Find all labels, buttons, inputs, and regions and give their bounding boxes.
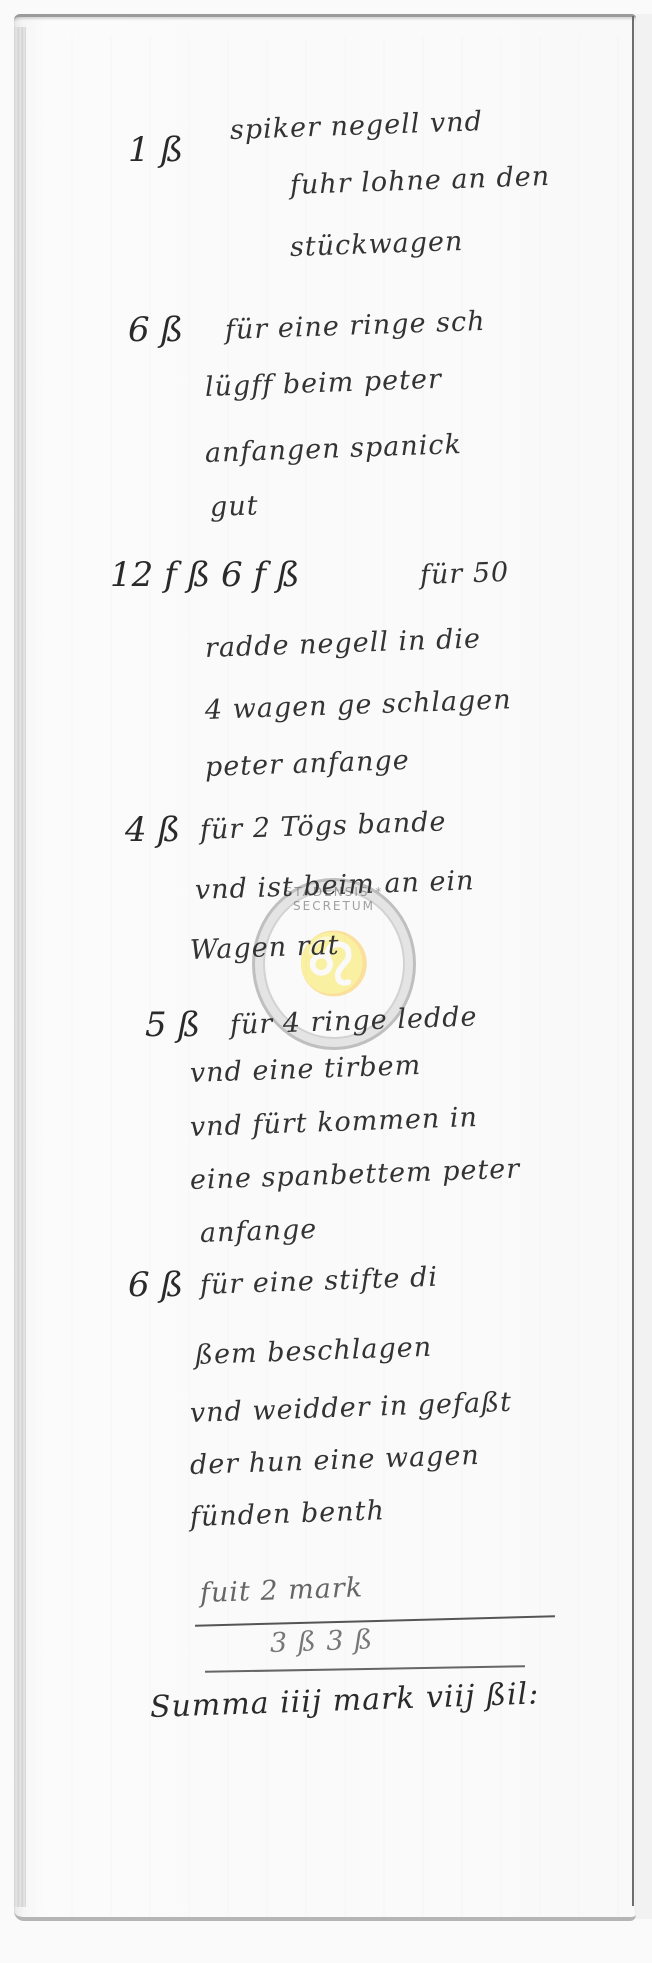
entry-line: anfange — [199, 1214, 317, 1249]
entry-amount: 6 ß — [128, 310, 183, 350]
binding-gutter — [14, 27, 26, 1907]
entry-line: gut — [209, 490, 259, 523]
entry-line: für 50 — [419, 557, 509, 591]
entry-line: Wagen rat — [189, 930, 340, 966]
entry-amount: 5 ß — [145, 1005, 200, 1045]
entry-amount: 12 f ß 6 f ß — [110, 555, 300, 595]
scan-page: 1 ß spiker negell vnd fuhr lohne an den … — [0, 0, 652, 1963]
struck-line: 3 ß 3 ß — [269, 1624, 373, 1659]
adjacent-page-edge — [636, 14, 652, 1919]
struck-line: fuit 2 mark — [199, 1572, 363, 1609]
entry-amount: 4 ß — [125, 810, 180, 850]
margin-rule — [632, 16, 634, 1906]
entry-line: stückwagen — [289, 226, 463, 263]
entry-amount: 1 ß — [128, 130, 183, 170]
entry-amount: 6 ß — [128, 1265, 183, 1305]
